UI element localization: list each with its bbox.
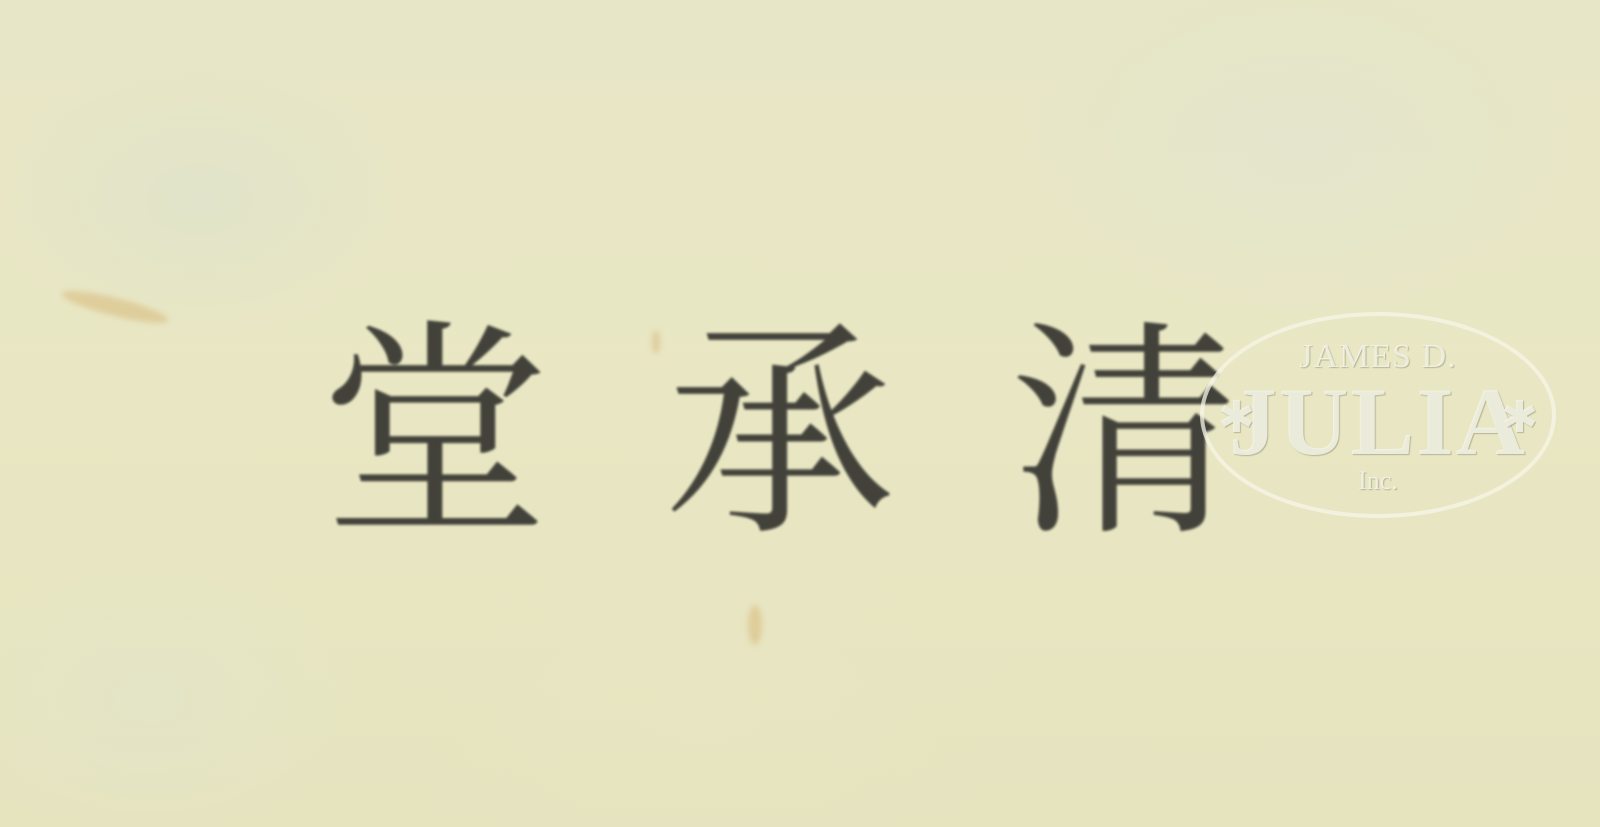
calligraphy-character: 承 bbox=[665, 320, 895, 550]
auction-watermark: JAMES D. ✱ JULIA ✱ Inc. bbox=[1200, 312, 1556, 518]
calligraphy-inscription: 堂 承 清 bbox=[300, 270, 1260, 600]
watermark-brand-line: JULIA bbox=[1204, 374, 1552, 470]
watermark-inc-line: Inc. bbox=[1204, 466, 1552, 496]
snowflake-ornament-icon: ✱ bbox=[1501, 396, 1538, 440]
calligraphy-character: 堂 bbox=[320, 320, 550, 550]
paper-stain bbox=[748, 605, 762, 645]
